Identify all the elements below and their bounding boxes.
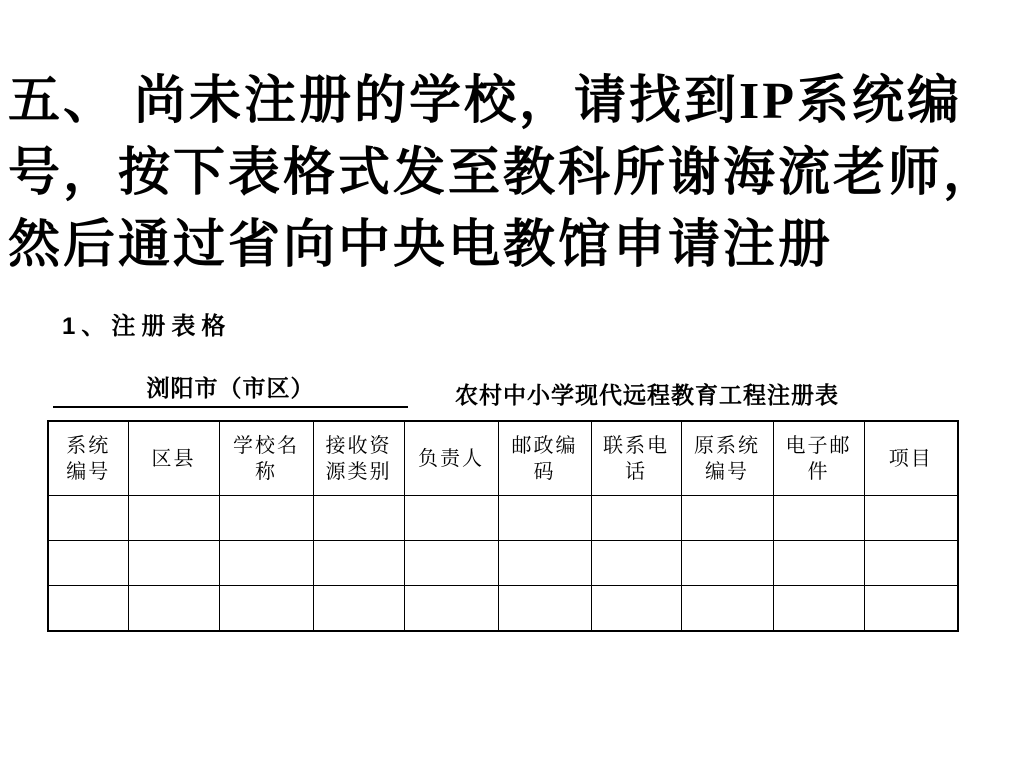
empty-cell (498, 541, 591, 586)
empty-cell (773, 541, 864, 586)
column-header-resource-type: 接收资源类别 (313, 421, 404, 496)
empty-cell (313, 586, 404, 632)
section-subtitle: 1、注册表格 (62, 306, 231, 341)
empty-cell (313, 541, 404, 586)
column-header-person-in-charge: 负责人 (404, 421, 498, 496)
empty-cell (591, 496, 681, 541)
title-line-3: 然后通过省向中央电教馆申请注册 (8, 210, 1020, 282)
column-header-postal-code: 邮政编码 (498, 421, 591, 496)
empty-cell (498, 496, 591, 541)
title-line-2: 号，按下表格式发至教科所谢海流老师， (8, 138, 1020, 210)
region-label-underlined: 浏阳市（市区） (53, 372, 408, 408)
empty-cell (591, 586, 681, 632)
empty-cell (681, 496, 773, 541)
table-row (48, 586, 958, 632)
empty-cell (128, 541, 219, 586)
empty-cell (591, 541, 681, 586)
slide-title: 五、 尚未注册的学校，请找到IP系统编 号，按下表格式发至教科所谢海流老师， 然… (8, 66, 1020, 282)
column-header-email: 电子邮件 (773, 421, 864, 496)
empty-cell (773, 496, 864, 541)
column-header-system-id: 系统编号 (48, 421, 128, 496)
empty-cell (219, 496, 313, 541)
column-header-phone: 联系电话 (591, 421, 681, 496)
presentation-slide: 五、 尚未注册的学校，请找到IP系统编 号，按下表格式发至教科所谢海流老师， 然… (0, 0, 1024, 768)
empty-cell (864, 586, 958, 632)
empty-cell (219, 586, 313, 632)
empty-cell (219, 541, 313, 586)
empty-cell (864, 496, 958, 541)
empty-cell (498, 586, 591, 632)
registration-table: 系统编号 区县 学校名称 接收资源类别 负责人 邮政编码 联系电话 原系统编号 … (47, 420, 959, 632)
empty-cell (404, 586, 498, 632)
empty-cell (313, 496, 404, 541)
empty-cell (128, 586, 219, 632)
title-line-1: 五、 尚未注册的学校，请找到IP系统编 (8, 66, 1020, 138)
empty-cell (404, 496, 498, 541)
empty-cell (128, 496, 219, 541)
empty-cell (48, 586, 128, 632)
table-header-row: 系统编号 区县 学校名称 接收资源类别 负责人 邮政编码 联系电话 原系统编号 … (48, 421, 958, 496)
empty-cell (681, 541, 773, 586)
column-header-school-name: 学校名称 (219, 421, 313, 496)
table-row (48, 496, 958, 541)
column-header-district: 区县 (128, 421, 219, 496)
empty-cell (48, 541, 128, 586)
empty-cell (48, 496, 128, 541)
form-title: 农村中小学现代远程教育工程注册表 (455, 377, 839, 410)
column-header-project: 项目 (864, 421, 958, 496)
table-row (48, 541, 958, 586)
table-body (48, 496, 958, 632)
empty-cell (681, 586, 773, 632)
column-header-old-system-id: 原系统编号 (681, 421, 773, 496)
empty-cell (404, 541, 498, 586)
empty-cell (773, 586, 864, 632)
empty-cell (864, 541, 958, 586)
